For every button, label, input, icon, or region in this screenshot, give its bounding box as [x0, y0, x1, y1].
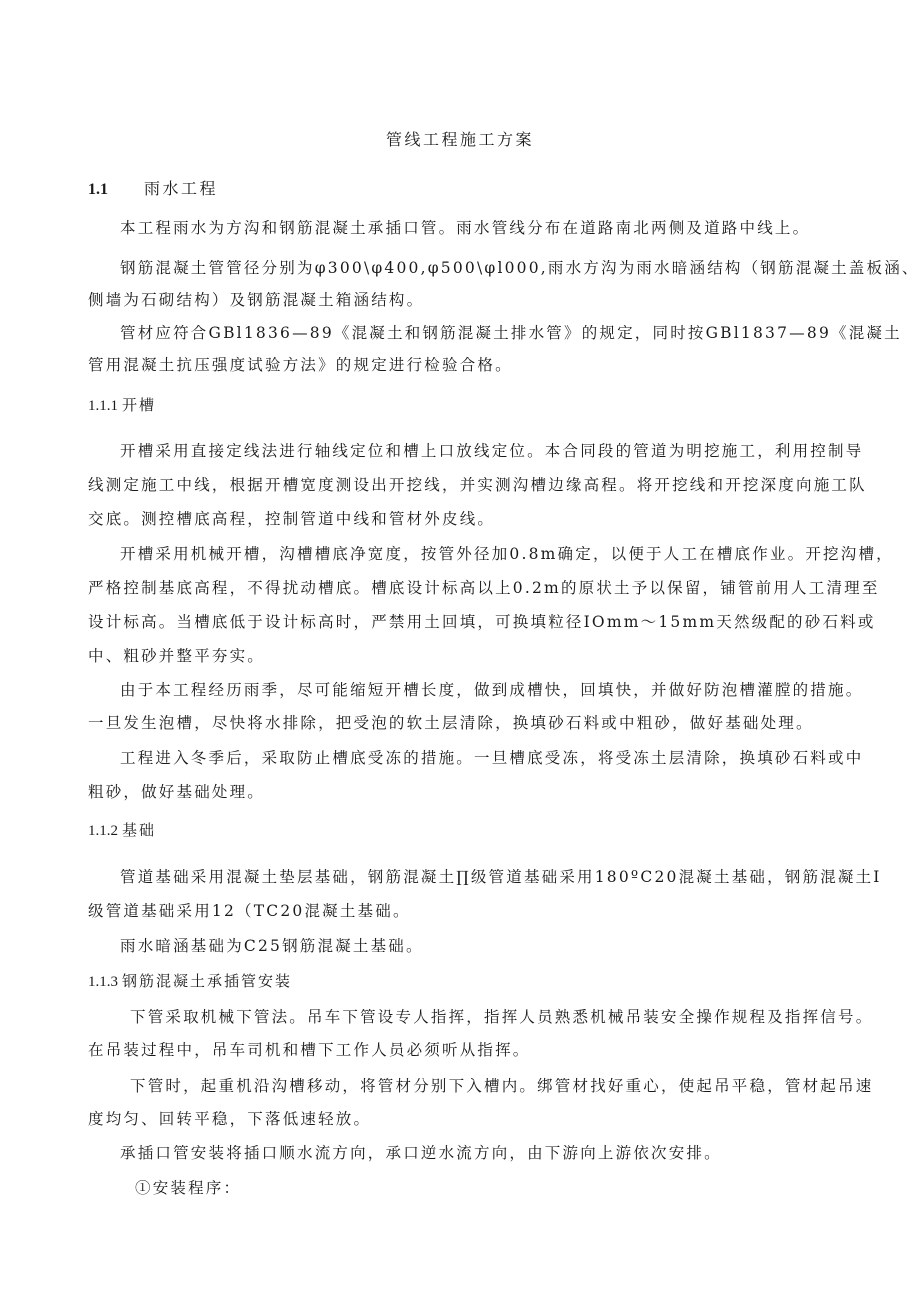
paragraph-line: 承插口管安装将插口顺水流方向，承口逆水流方向，由下游向上游依次安排。	[120, 1143, 722, 1163]
paragraph-line: 严格控制基底高程，不得扰动槽底。槽底设计标高以上0.2m的原状土予以保留，铺管前…	[88, 578, 845, 598]
paragraph-line: 管道基础采用混凝土垫层基础，钢筋混凝土∏级管道基础采用180ºC20混凝土基础，…	[120, 867, 845, 887]
paragraph-line: 开槽采用直接定线法进行轴线定位和槽上口放线定位。本合同段的管道为明挖施工，利用控…	[120, 441, 845, 461]
paragraph-line: 本工程雨水为方沟和钢筋混凝土承插口管。雨水管线分布在道路南北两侧及道路中线上。	[120, 218, 810, 238]
paragraph-line: 线测定施工中线，根据开槽宽度测设出开挖线，并实测沟槽边缘高程。将开挖线和开挖深度…	[88, 475, 845, 495]
paragraph-line: 钢筋混凝土管管径分别为φ300\φ400,φ500\φl000,雨水方沟为雨水暗…	[120, 258, 845, 278]
paragraph-line: 侧墙为石砌结构）及钢筋混凝土箱涵结构。	[88, 290, 424, 310]
section-title: 开槽	[122, 396, 156, 414]
paragraph-line: 工程进入冬季后，采取防止槽底受冻的措施。一旦槽底受冻，将受冻土层清除，换填砂石料…	[120, 748, 845, 768]
section-number: 1.1	[88, 179, 144, 201]
section-heading-1-1: 1.1雨水工程	[88, 178, 218, 201]
paragraph-line: 粗砂，做好基础处理。	[88, 782, 265, 802]
list-item: ①安装程序：	[135, 1178, 241, 1198]
section-title: 钢筋混凝土承插管安装	[122, 972, 292, 990]
document-title: 管线工程施工方案	[0, 129, 920, 151]
paragraph-line: 一旦发生泡槽，尽快将水排除，把受泡的软土层清除，换填砂石料或中粗砂，做好基础处理…	[88, 713, 814, 733]
paragraph-line: 度均匀、回转平稳，下落低速轻放。	[88, 1109, 371, 1129]
paragraph-line: 管用混凝土抗压强度试验方法》的规定进行检验合格。	[88, 355, 513, 375]
section-heading-1-1-1: 1.1.1开槽	[88, 395, 156, 416]
paragraph-line: 设计标高。当槽底低于设计标高时，严禁用土回填，可换填粒径IOmm～15mm天然级…	[88, 612, 845, 632]
paragraph-line: 由于本工程经历雨季，尽可能缩短开槽长度，做到成槽快，回填快，并做好防泡槽灌膛的措…	[120, 680, 845, 700]
paragraph-line: 下管时，起重机沿沟槽移动，将管材分别下入槽内。绑管材找好重心，使起吊平稳，管材起…	[130, 1076, 845, 1096]
paragraph-line: 级管道基础采用12（TC20混凝土基础。	[88, 901, 411, 921]
section-number: 1.1.1	[88, 396, 122, 416]
paragraph-line: 交底。测控槽底高程，控制管道中线和管材外皮线。	[88, 509, 495, 529]
paragraph-line: 开槽采用机械开槽，沟槽槽底净宽度，按管外径加0.8m确定，以便于人工在槽底作业。…	[120, 544, 845, 564]
paragraph-line: 下管采取机械下管法。吊车下管设专人指挥，指挥人员熟悉机械吊装安全操作规程及指挥信…	[130, 1007, 845, 1027]
section-heading-1-1-3: 1.1.3钢筋混凝土承插管安装	[88, 971, 292, 992]
section-number: 1.1.3	[88, 972, 122, 992]
document-page: 管线工程施工方案 1.1雨水工程 本工程雨水为方沟和钢筋混凝土承插口管。雨水管线…	[0, 0, 920, 1301]
paragraph-line: 雨水暗涵基础为C25钢筋混凝土基础。	[120, 936, 424, 956]
paragraph-line: 在吊装过程中，吊车司机和槽下工作人员必须听从指挥。	[88, 1040, 531, 1060]
section-number: 1.1.2	[88, 821, 122, 841]
paragraph-line: 中、粗砂并整平夯实。	[88, 646, 265, 666]
section-title: 雨水工程	[144, 179, 218, 198]
paragraph-line: 管材应符合GBl1836—89《混凝土和钢筋混凝土排水管》的规定，同时按GBl1…	[120, 323, 845, 343]
section-title: 基础	[122, 821, 156, 839]
section-heading-1-1-2: 1.1.2基础	[88, 820, 156, 841]
